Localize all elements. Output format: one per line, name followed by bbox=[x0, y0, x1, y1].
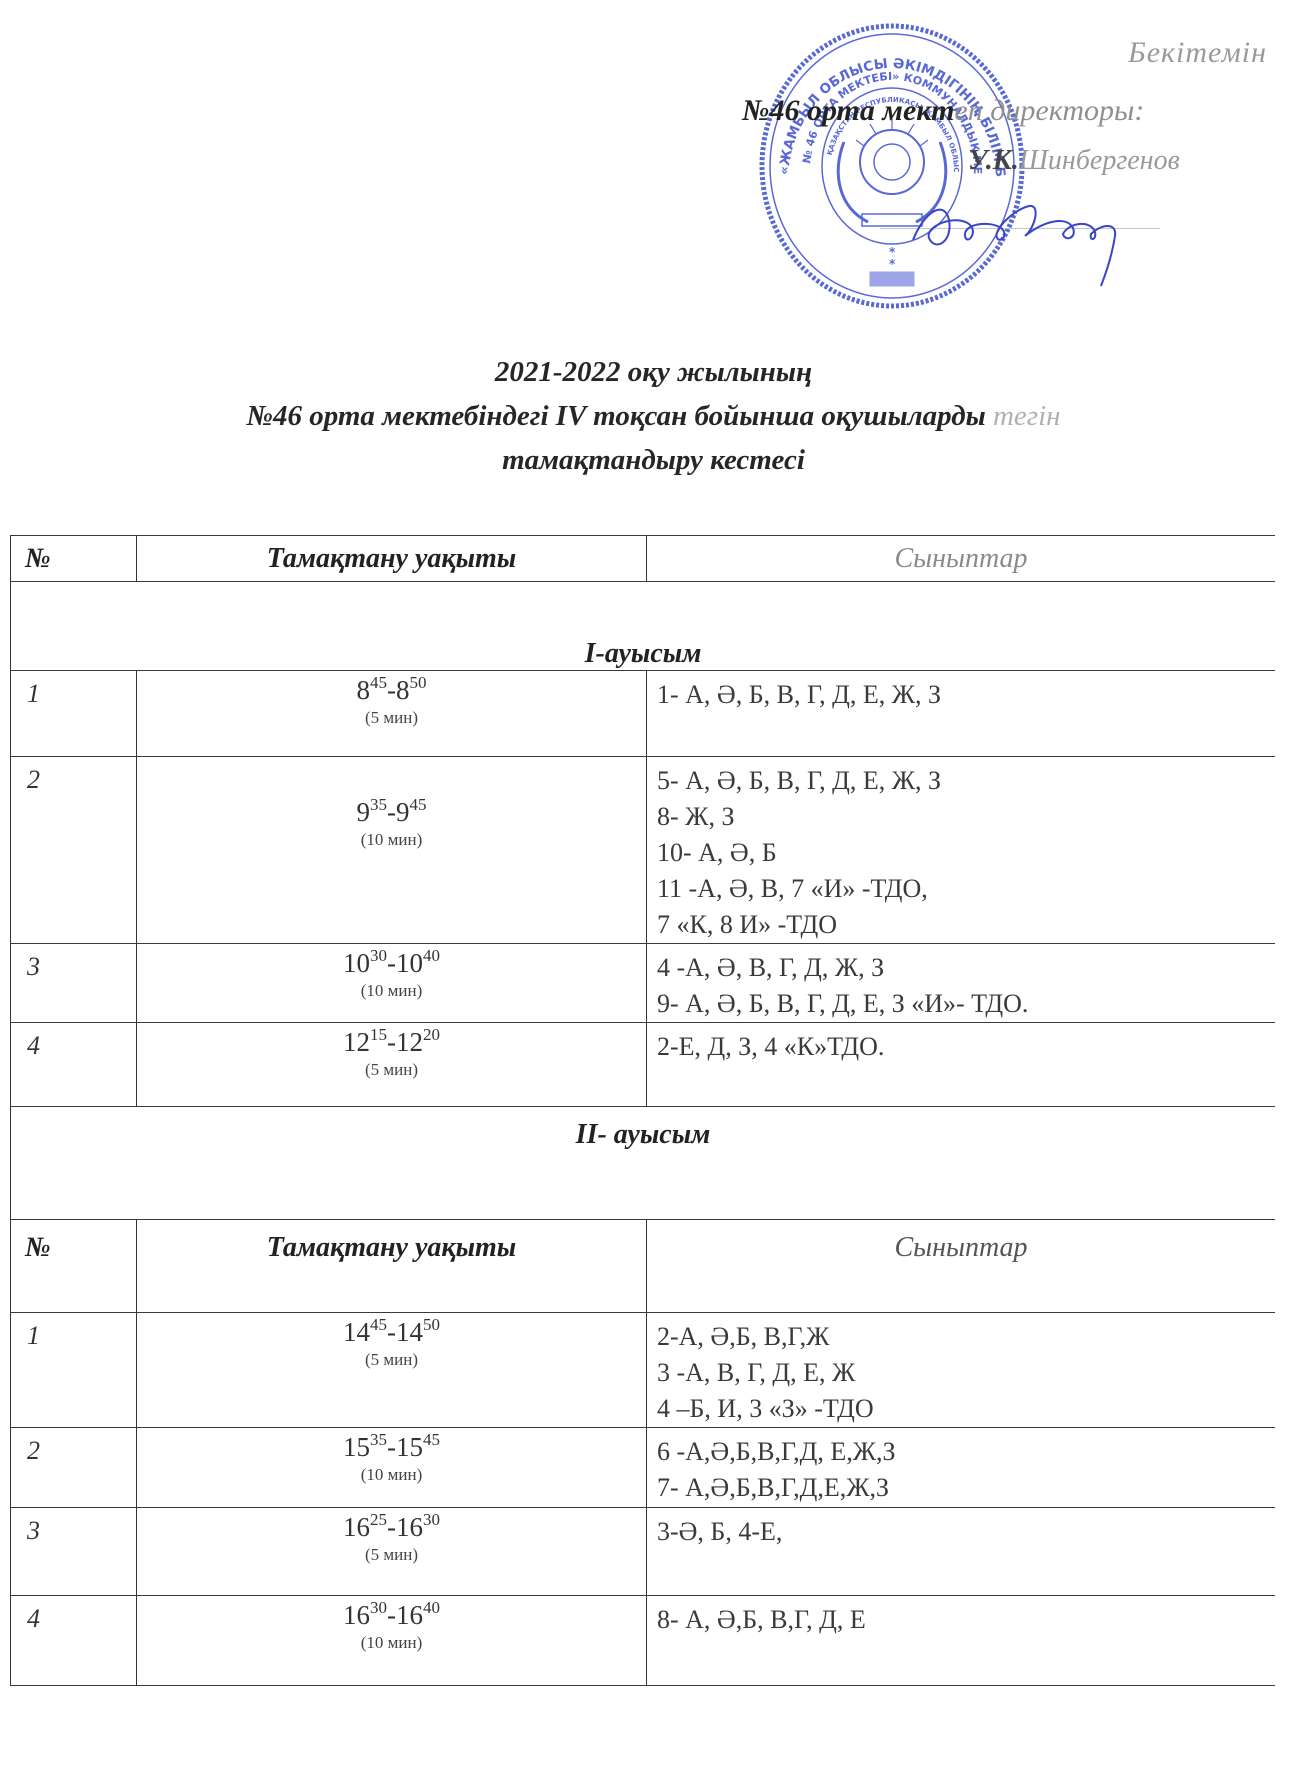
meal-time-cell: 845-850(5 мин) bbox=[137, 671, 647, 757]
start-hour: 14 bbox=[343, 1317, 370, 1347]
row-number: 2 bbox=[11, 1428, 137, 1508]
end-hour: 16 bbox=[396, 1600, 423, 1630]
meal-duration: (10 мин) bbox=[137, 1465, 646, 1485]
shift-2-label: ІІ- ауысым bbox=[11, 1107, 1276, 1220]
meal-time-cell: 1030-1040(10 мин) bbox=[137, 944, 647, 1023]
start-hour: 8 bbox=[357, 675, 371, 705]
approver-surname: Шинбергенов bbox=[1019, 145, 1180, 176]
approver-name: У.К.Шинбергенов bbox=[968, 145, 1180, 177]
end-minute: 45 bbox=[410, 795, 427, 814]
start-minute: 35 bbox=[370, 795, 387, 814]
document-title: 2021-2022 оқу жылының №46 орта мектебінд… bbox=[0, 350, 1307, 482]
start-minute: 30 bbox=[370, 1598, 387, 1617]
classes-cell: 6 -А,Ә,Б,В,Г,Д, Е,Ж,З7- А,Ә,Б,В,Г,Д,Е,Ж,… bbox=[647, 1428, 1276, 1508]
end-hour: 16 bbox=[396, 1512, 423, 1542]
shift-2-heading-row: ІІ- ауысым bbox=[11, 1107, 1276, 1220]
meal-schedule-table: № Тамақтану уақыты Сыныптар І-ауысым 184… bbox=[10, 535, 1275, 1686]
meal-time-range: 845-850 bbox=[357, 675, 427, 705]
header-number: № bbox=[11, 1220, 137, 1313]
start-minute: 30 bbox=[370, 946, 387, 965]
signature-icon bbox=[905, 180, 1165, 290]
row-number: 1 bbox=[11, 671, 137, 757]
meal-duration: (10 мин) bbox=[137, 830, 646, 850]
row-number: 4 bbox=[11, 1023, 137, 1107]
meal-time-range: 1630-1640 bbox=[343, 1600, 440, 1630]
class-group-line: 3-Ә, Б, 4-Е, bbox=[657, 1514, 1275, 1550]
approver-position: №46 орта мектеп директоры: bbox=[742, 94, 1144, 128]
end-minute: 40 bbox=[423, 946, 440, 965]
shift-1-heading-row: І-ауысым bbox=[11, 582, 1276, 671]
class-group-line: 2-А, Ә,Б, В,Г,Ж bbox=[657, 1319, 1275, 1355]
table-row: 31030-1040(10 мин)4 -А, Ә, В, Г, Д, Ж, З… bbox=[11, 944, 1276, 1023]
meal-time-cell: 1630-1640(10 мин) bbox=[137, 1596, 647, 1686]
title-line-1: 2021-2022 оқу жылының bbox=[0, 350, 1307, 394]
end-minute: 30 bbox=[423, 1510, 440, 1529]
end-hour: 12 bbox=[396, 1027, 423, 1057]
start-minute: 25 bbox=[370, 1510, 387, 1529]
class-group-line: 4 -А, Ә, В, Г, Д, Ж, З bbox=[657, 950, 1275, 986]
meal-duration: (5 мин) bbox=[137, 708, 646, 728]
approver-position-bold: №46 орта мект bbox=[742, 94, 954, 127]
class-group-line: 3 -А, В, Г, Д, Е, Ж bbox=[657, 1355, 1275, 1391]
classes-cell: 5- А, Ә, Б, В, Г, Д, Е, Ж, З8- Ж, З10- А… bbox=[647, 757, 1276, 944]
start-hour: 15 bbox=[343, 1432, 370, 1462]
meal-time-cell: 1445-1450(5 мин) bbox=[137, 1313, 647, 1428]
meal-duration: (10 мин) bbox=[137, 981, 646, 1001]
title-line-2: №46 орта мектебіндегі IV тоқсан бойынша … bbox=[0, 394, 1307, 438]
table-row: 31625-1630(5 мин)3-Ә, Б, 4-Е, bbox=[11, 1508, 1276, 1596]
start-minute: 35 bbox=[370, 1430, 387, 1449]
class-group-line: 8- Ж, З bbox=[657, 799, 1275, 835]
row-number: 1 bbox=[11, 1313, 137, 1428]
meal-time-cell: 1535-1545(10 мин) bbox=[137, 1428, 647, 1508]
header-meal-time: Тамақтану уақыты bbox=[137, 1220, 647, 1313]
end-hour: 8 bbox=[396, 675, 410, 705]
end-minute: 20 bbox=[423, 1025, 440, 1044]
class-group-line: 8- А, Ә,Б, В,Г, Д, Е bbox=[657, 1602, 1275, 1638]
class-group-line: 4 –Б, И, 3 «З» -ТДО bbox=[657, 1391, 1275, 1427]
meal-time-cell: 1215-1220(5 мин) bbox=[137, 1023, 647, 1107]
approver-initials: У.К. bbox=[968, 145, 1019, 176]
approval-block: «ЖАМБЫЛ ОБЛЫСЫ ӘКІМДІГІНІҢ БІЛІМ БАСҚАРМ… bbox=[0, 0, 1307, 330]
approval-heading: Бекітемін bbox=[1128, 36, 1267, 70]
table-row: 41630-1640(10 мин)8- А, Ә,Б, В,Г, Д, Е bbox=[11, 1596, 1276, 1686]
table-row: 21535-1545(10 мин)6 -А,Ә,Б,В,Г,Д, Е,Ж,З7… bbox=[11, 1428, 1276, 1508]
classes-cell: 1- А, Ә, Б, В, Г, Д, Е, Ж, З bbox=[647, 671, 1276, 757]
meal-time-range: 1625-1630 bbox=[343, 1512, 440, 1542]
row-number: 3 bbox=[11, 1508, 137, 1596]
title-line-2-faded: тегін bbox=[993, 400, 1061, 432]
end-minute: 40 bbox=[423, 1598, 440, 1617]
title-line-3: тамақтандыру кестесі bbox=[0, 438, 1307, 482]
end-minute: 50 bbox=[423, 1315, 440, 1334]
end-hour: 10 bbox=[396, 948, 423, 978]
table-header-row: № Тамақтану уақыты Сыныптар bbox=[11, 536, 1276, 582]
header-number: № bbox=[11, 536, 137, 582]
class-group-line: 1- А, Ә, Б, В, Г, Д, Е, Ж, З bbox=[657, 677, 1275, 713]
start-minute: 45 bbox=[370, 1315, 387, 1334]
classes-cell: 4 -А, Ә, В, Г, Д, Ж, З9- А, Ә, Б, В, Г, … bbox=[647, 944, 1276, 1023]
start-hour: 16 bbox=[343, 1512, 370, 1542]
header-classes: Сыныптар bbox=[647, 536, 1276, 582]
title-line-2-main: №46 орта мектебіндегі IV тоқсан бойынша … bbox=[246, 400, 985, 432]
header-classes: Сыныптар bbox=[647, 1220, 1276, 1313]
end-hour: 9 bbox=[396, 797, 410, 827]
meal-duration: (5 мин) bbox=[137, 1060, 646, 1080]
meal-duration: (5 мин) bbox=[137, 1545, 646, 1565]
meal-duration: (5 мин) bbox=[137, 1350, 646, 1370]
class-group-line: 7 «К, 8 И» -ТДО bbox=[657, 907, 1275, 943]
table-header-row-shift-2: №Тамақтану уақытыСыныптар bbox=[11, 1220, 1276, 1313]
start-hour: 16 bbox=[343, 1600, 370, 1630]
start-hour: 9 bbox=[357, 797, 371, 827]
meal-time-range: 935-945 bbox=[357, 797, 427, 827]
classes-cell: 8- А, Ә,Б, В,Г, Д, Е bbox=[647, 1596, 1276, 1686]
svg-text:*: * bbox=[889, 257, 896, 271]
classes-cell: 2-Е, Д, З, 4 «К»ТДО. bbox=[647, 1023, 1276, 1107]
table-row: 41215-1220(5 мин)2-Е, Д, З, 4 «К»ТДО. bbox=[11, 1023, 1276, 1107]
header-meal-time: Тамақтану уақыты bbox=[137, 536, 647, 582]
class-group-line: 6 -А,Ә,Б,В,Г,Д, Е,Ж,З bbox=[657, 1434, 1275, 1470]
meal-time-range: 1215-1220 bbox=[343, 1027, 440, 1057]
class-group-line: 5- А, Ә, Б, В, Г, Д, Е, Ж, З bbox=[657, 763, 1275, 799]
class-group-line: 2-Е, Д, З, 4 «К»ТДО. bbox=[657, 1029, 1275, 1065]
start-minute: 15 bbox=[370, 1025, 387, 1044]
row-number: 2 bbox=[11, 757, 137, 944]
meal-duration: (10 мин) bbox=[137, 1633, 646, 1653]
shift-1-label: І-ауысым bbox=[11, 582, 1276, 671]
start-minute: 45 bbox=[370, 673, 387, 692]
row-number: 3 bbox=[11, 944, 137, 1023]
end-minute: 45 bbox=[423, 1430, 440, 1449]
table-row: 2935-945(10 мин)5- А, Ә, Б, В, Г, Д, Е, … bbox=[11, 757, 1276, 944]
end-hour: 14 bbox=[396, 1317, 423, 1347]
meal-time-range: 1535-1545 bbox=[343, 1432, 440, 1462]
end-minute: 50 bbox=[410, 673, 427, 692]
meal-time-range: 1445-1450 bbox=[343, 1317, 440, 1347]
table-row: 1845-850(5 мин)1- А, Ә, Б, В, Г, Д, Е, Ж… bbox=[11, 671, 1276, 757]
start-hour: 12 bbox=[343, 1027, 370, 1057]
class-group-line: 7- А,Ә,Б,В,Г,Д,Е,Ж,З bbox=[657, 1470, 1275, 1506]
meal-time-cell: 935-945(10 мин) bbox=[137, 757, 647, 944]
class-group-line: 11 -А, Ә, В, 7 «И» -ТДО, bbox=[657, 871, 1275, 907]
class-group-line: 9- А, Ә, Б, В, Г, Д, Е, З «И»- ТДО. bbox=[657, 986, 1275, 1022]
table-row: 11445-1450(5 мин)2-А, Ә,Б, В,Г,Ж3 -А, В,… bbox=[11, 1313, 1276, 1428]
classes-cell: 3-Ә, Б, 4-Е, bbox=[647, 1508, 1276, 1596]
meal-time-cell: 1625-1630(5 мин) bbox=[137, 1508, 647, 1596]
row-number: 4 bbox=[11, 1596, 137, 1686]
end-hour: 15 bbox=[396, 1432, 423, 1462]
classes-cell: 2-А, Ә,Б, В,Г,Ж3 -А, В, Г, Д, Е, Ж4 –Б, … bbox=[647, 1313, 1276, 1428]
approver-position-rest: еп директоры: bbox=[954, 94, 1144, 127]
class-group-line: 10- А, Ә, Б bbox=[657, 835, 1275, 871]
start-hour: 10 bbox=[343, 948, 370, 978]
meal-time-range: 1030-1040 bbox=[343, 948, 440, 978]
